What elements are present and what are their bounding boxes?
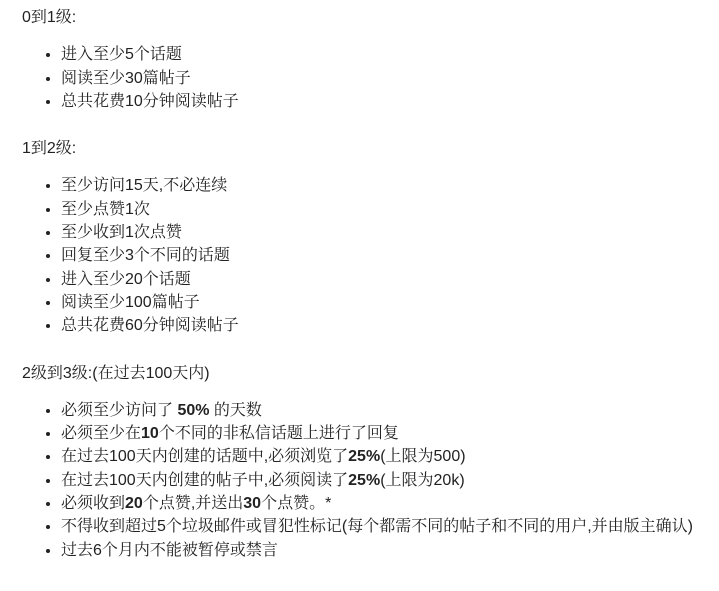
bold-text-run: 25% xyxy=(348,448,380,465)
requirement-item: 进入至少5个话题 xyxy=(61,43,695,66)
text-run: 必须至少访问了 xyxy=(61,402,177,419)
text-run: 进入至少5个话题 xyxy=(61,46,182,63)
text-run: 回复至少3个不同的话题 xyxy=(61,247,230,264)
text-run: (上限为500) xyxy=(380,448,465,465)
text-run: 进入至少20个话题 xyxy=(61,271,191,288)
requirement-item: 阅读至少30篇帖子 xyxy=(61,67,695,90)
requirement-list: 必须至少访问了 50% 的天数必须至少在10个不同的非私信话题上进行了回复在过去… xyxy=(22,399,695,562)
text-run: 在过去100天内创建的帖子中,必须阅读了 xyxy=(61,472,348,489)
requirement-item: 必须至少访问了 50% 的天数 xyxy=(61,399,695,422)
requirement-item: 在过去100天内创建的话题中,必须浏览了25%(上限为500) xyxy=(61,445,695,468)
text-run: 至少点赞1次 xyxy=(61,201,150,218)
post-body: 0到1级:进入至少5个话题阅读至少30篇帖子总共花费10分钟阅读帖子1到2级:至… xyxy=(0,0,719,562)
requirement-item: 过去6个月内不能被暂停或禁言 xyxy=(61,539,695,562)
requirement-item: 必须收到20个点赞,并送出30个点赞。* xyxy=(61,492,695,515)
text-run: 总共花费60分钟阅读帖子 xyxy=(61,317,239,334)
text-run: 不得收到超过5个垃圾邮件或冒犯性标记(每个都需不同的帖子和不同的用户,并由版主确… xyxy=(61,518,693,535)
bold-text-run: 50% xyxy=(177,402,209,419)
section-heading: 0到1级: xyxy=(22,6,695,29)
requirement-list: 至少访问15天,不必连续至少点赞1次至少收到1次点赞回复至少3个不同的话题进入至… xyxy=(22,174,695,337)
bold-text-run: 10 xyxy=(141,425,159,442)
requirement-item: 进入至少20个话题 xyxy=(61,268,695,291)
text-run: 阅读至少100篇帖子 xyxy=(61,294,200,311)
text-run: 的天数 xyxy=(209,402,261,419)
text-run: 至少收到1次点赞 xyxy=(61,224,182,241)
requirement-item: 至少收到1次点赞 xyxy=(61,221,695,244)
requirement-item: 不得收到超过5个垃圾邮件或冒犯性标记(每个都需不同的帖子和不同的用户,并由版主确… xyxy=(61,515,695,538)
text-run: 至少访问15天,不必连续 xyxy=(61,177,227,194)
text-run: 个不同的非私信话题上进行了回复 xyxy=(159,425,399,442)
text-run: 在过去100天内创建的话题中,必须浏览了 xyxy=(61,448,348,465)
text-run: 过去6个月内不能被暂停或禁言 xyxy=(61,542,278,559)
text-run: 必须收到 xyxy=(61,495,125,512)
bold-text-run: 25% xyxy=(348,472,380,489)
requirement-item: 至少点赞1次 xyxy=(61,198,695,221)
requirement-item: 阅读至少100篇帖子 xyxy=(61,291,695,314)
section-heading: 1到2级: xyxy=(22,137,695,160)
requirement-item: 在过去100天内创建的帖子中,必须阅读了25%(上限为20k) xyxy=(61,469,695,492)
text-run: 总共花费10分钟阅读帖子 xyxy=(61,93,239,110)
requirement-item: 总共花费60分钟阅读帖子 xyxy=(61,314,695,337)
text-run: 阅读至少30篇帖子 xyxy=(61,70,191,87)
bold-text-run: 30 xyxy=(243,495,261,512)
text-run: 个点赞。* xyxy=(261,495,331,512)
requirement-item: 必须至少在10个不同的非私信话题上进行了回复 xyxy=(61,422,695,445)
section-heading: 2级到3级:(在过去100天内) xyxy=(22,362,695,385)
bold-text-run: 20 xyxy=(125,495,143,512)
text-run: 必须至少在 xyxy=(61,425,141,442)
requirement-item: 回复至少3个不同的话题 xyxy=(61,244,695,267)
text-run: (上限为20k) xyxy=(380,472,464,489)
requirement-item: 至少访问15天,不必连续 xyxy=(61,174,695,197)
requirement-item: 总共花费10分钟阅读帖子 xyxy=(61,90,695,113)
requirement-list: 进入至少5个话题阅读至少30篇帖子总共花费10分钟阅读帖子 xyxy=(22,43,695,113)
text-run: 个点赞,并送出 xyxy=(143,495,243,512)
